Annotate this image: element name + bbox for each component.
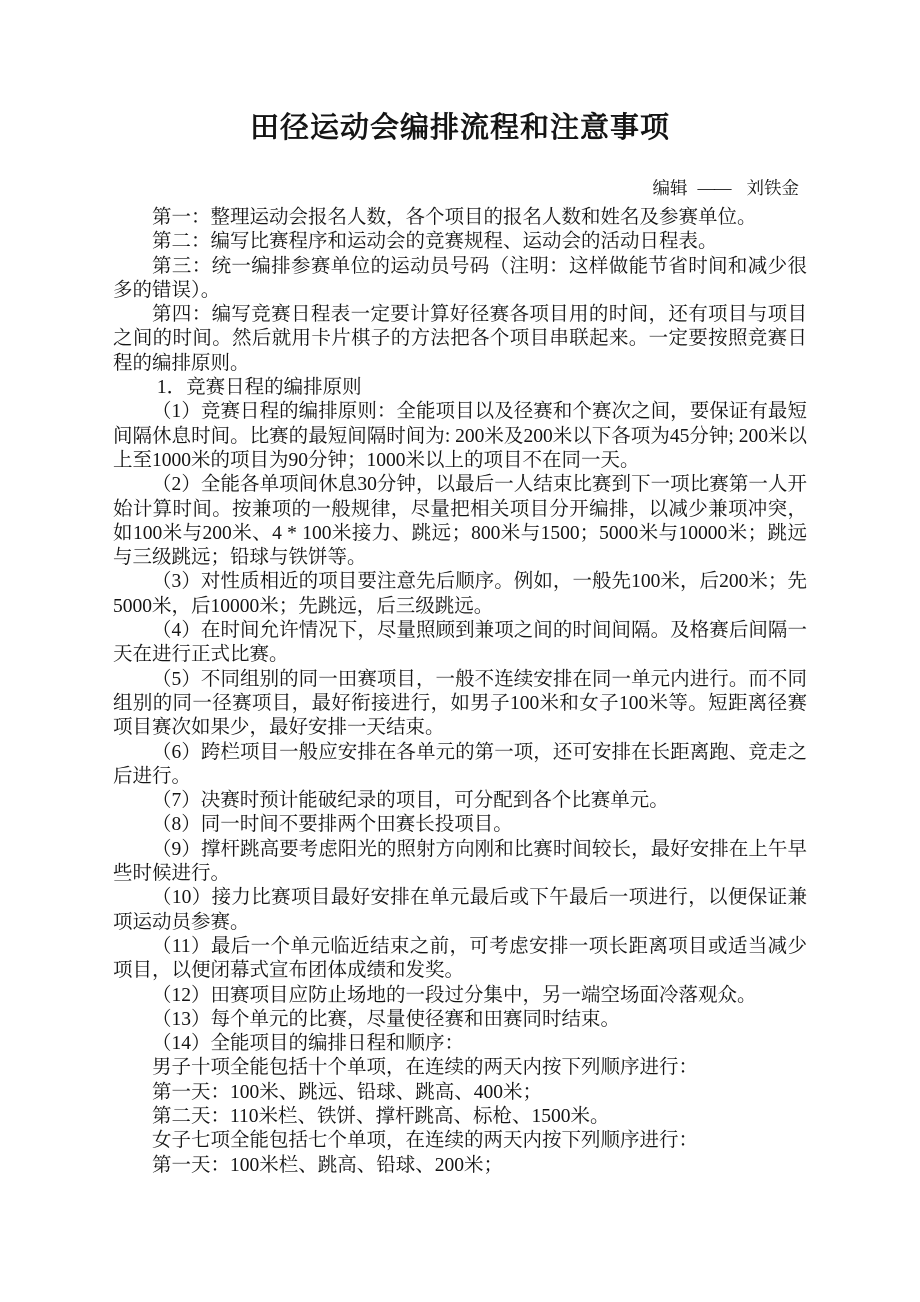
paragraph-principle-12: （12）田赛项目应防止场地的一段过分集中，另一端空场面冷落观众。	[113, 984, 807, 1008]
paragraph-step-1: 第一：整理运动会报名人数，各个项目的报名人数和姓名及参赛单位。	[113, 206, 807, 230]
paragraph-heptathlon-intro: 女子七项全能包括七个单项，在连续的两天内按下列顺序进行：	[113, 1129, 807, 1153]
paragraph-principle-1: （1）竞赛日程的编排原则：全能项目以及径赛和个赛次之间，要保证有最短间隔休息时间…	[113, 400, 807, 473]
paragraph-principle-10: （10）接力比赛项目最好安排在单元最后或下午最后一项进行，以便保证兼项运动员参赛…	[113, 886, 807, 935]
document-body: 第一：整理运动会报名人数，各个项目的报名人数和姓名及参赛单位。 第二：编写比赛程…	[113, 206, 807, 1178]
paragraph-step-2: 第二：编写比赛程序和运动会的竞赛规程、运动会的活动日程表。	[113, 230, 807, 254]
byline-editor-label: 编辑	[653, 178, 688, 198]
paragraph-step-3: 第三：统一编排参赛单位的运动员号码（注明：这样做能节省时间和减少很多的错误）。	[113, 255, 807, 304]
paragraph-principle-9: （9）撑杆跳高要考虑阳光的照射方向刚和比赛时间较长，最好安排在上午早些时候进行。	[113, 838, 807, 887]
paragraph-principle-6: （6）跨栏项目一般应安排在各单元的第一项，还可安排在长距离跑、竞走之后进行。	[113, 741, 807, 790]
paragraph-heptathlon-day1: 第一天：100米栏、跳高、铅球、200米；	[113, 1154, 807, 1178]
paragraph-principle-13: （13）每个单元的比赛，尽量使径赛和田赛同时结束。	[113, 1008, 807, 1032]
paragraph-step-4: 第四：编写竞赛日程表一定要计算好径赛各项目用的时间，还有项目与项目之间的时间。然…	[113, 303, 807, 376]
paragraph-principle-2: （2）全能各单项间休息30分钟，以最后一人结束比赛到下一项比赛第一人开始计算时间…	[113, 473, 807, 570]
document-page: 田径运动会编排流程和注意事项 编辑——刘铁金 第一：整理运动会报名人数，各个项目…	[0, 0, 920, 1302]
byline-dash: ——	[698, 178, 731, 198]
paragraph-principle-5: （5）不同组别的同一田赛项目，一般不连续安排在同一单元内进行。而不同组别的同一径…	[113, 668, 807, 741]
paragraph-decathlon-day1: 第一天：100米、跳远、铅球、跳高、400米；	[113, 1081, 807, 1105]
section-heading-1: 1．竞赛日程的编排原则	[113, 376, 807, 400]
byline-author-name: 刘铁金	[747, 178, 800, 198]
paragraph-principle-11: （11）最后一个单元临近结束之前，可考虑安排一项长距离项目或适当减少项目，以便闭…	[113, 935, 807, 984]
paragraph-principle-8: （8）同一时间不要排两个田赛长投项目。	[113, 813, 807, 837]
document-content: 田径运动会编排流程和注意事项 编辑——刘铁金 第一：整理运动会报名人数，各个项目…	[113, 0, 807, 1178]
document-title: 田径运动会编排流程和注意事项	[113, 0, 807, 146]
paragraph-principle-3: （3）对性质相近的项目要注意先后顺序。例如，一般先100米，后200米；先500…	[113, 570, 807, 619]
paragraph-principle-4: （4）在时间允许情况下，尽量照顾到兼项之间的时间间隔。及格赛后间隔一天在进行正式…	[113, 619, 807, 668]
paragraph-decathlon-intro: 男子十项全能包括十个单项，在连续的两天内按下列顺序进行：	[113, 1056, 807, 1080]
paragraph-principle-14: （14）全能项目的编排日程和顺序：	[113, 1032, 807, 1056]
paragraph-decathlon-day2: 第二天：110米栏、铁饼、撑杆跳高、标枪、1500米。	[113, 1105, 807, 1129]
paragraph-principle-7: （7）决赛时预计能破纪录的项目，可分配到各个比赛单元。	[113, 789, 807, 813]
byline: 编辑——刘铁金	[113, 178, 807, 199]
